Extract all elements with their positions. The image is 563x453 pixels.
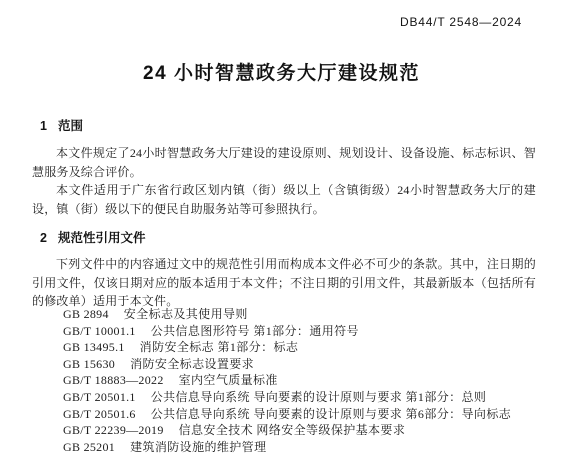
reference-title: 安全标志及其使用导则: [124, 307, 248, 321]
reference-item: GB 15630消防安全标志设置要求: [63, 356, 511, 373]
section-1-title: 范围: [58, 119, 83, 133]
scope-paragraph-2: 本文件适用于广东省行政区划内镇（街）级以上（含镇街级）24小时智慧政务大厅的建设…: [32, 181, 536, 218]
reference-code: GB/T 22239—2019: [63, 423, 164, 437]
document-title: 24 小时智慧政务大厅建设规范: [0, 58, 563, 85]
document-page: DB44/T 2548—2024 24 小时智慧政务大厅建设规范 1范围 本文件…: [0, 0, 563, 453]
reference-code: GB/T 20501.6: [63, 407, 136, 421]
reference-title: 消防安全标志 第1部分：标志: [140, 340, 299, 354]
section-2-title: 规范性引用文件: [58, 231, 146, 245]
reference-title: 公共信息导向系统 导向要素的设计原则与要求 第6部分：导向标志: [151, 407, 511, 421]
reference-title: 公共信息图形符号 第1部分：通用符号: [151, 324, 359, 338]
standard-number: DB44/T 2548—2024: [400, 15, 522, 29]
reference-code: GB/T 20501.1: [63, 390, 136, 404]
normative-references-paragraph: 下列文件中的内容通过文中的规范性引用而构成本文件必不可少的条款。其中，注日期的引…: [32, 255, 536, 311]
reference-code: GB 13495.1: [63, 340, 125, 354]
reference-item: GB/T 18883—2022室内空气质量标准: [63, 372, 511, 389]
reference-item: GB 25201建筑消防设施的维护管理: [63, 439, 511, 453]
reference-item: GB/T 20501.6公共信息导向系统 导向要素的设计原则与要求 第6部分：导…: [63, 406, 511, 423]
reference-title: 消防安全标志设置要求: [130, 357, 254, 371]
reference-item: GB/T 20501.1公共信息导向系统 导向要素的设计原则与要求 第1部分：总…: [63, 389, 511, 406]
reference-list: GB 2894安全标志及其使用导则 GB/T 10001.1公共信息图形符号 第…: [63, 306, 511, 453]
reference-item: GB 2894安全标志及其使用导则: [63, 306, 511, 323]
reference-title: 信息安全技术 网络安全等级保护基本要求: [179, 423, 406, 437]
section-2-heading: 2规范性引用文件: [40, 228, 145, 246]
reference-title: 公共信息导向系统 导向要素的设计原则与要求 第1部分：总则: [151, 390, 487, 404]
reference-code: GB 15630: [63, 357, 115, 371]
section-2-number: 2: [40, 231, 47, 245]
scope-paragraph-1: 本文件规定了24小时智慧政务大厅建设的建设原则、规划设计、设备设施、标志标识、智…: [32, 144, 536, 181]
reference-code: GB 25201: [63, 440, 115, 453]
reference-code: GB/T 18883—2022: [63, 373, 164, 387]
reference-title: 室内空气质量标准: [179, 373, 278, 387]
reference-title: 建筑消防设施的维护管理: [130, 440, 266, 453]
reference-item: GB/T 22239—2019信息安全技术 网络安全等级保护基本要求: [63, 422, 511, 439]
reference-item: GB 13495.1消防安全标志 第1部分：标志: [63, 339, 511, 356]
reference-item: GB/T 10001.1公共信息图形符号 第1部分：通用符号: [63, 323, 511, 340]
reference-code: GB 2894: [63, 307, 109, 321]
section-1-heading: 1范围: [40, 116, 83, 134]
section-1-number: 1: [40, 119, 47, 133]
reference-code: GB/T 10001.1: [63, 324, 136, 338]
